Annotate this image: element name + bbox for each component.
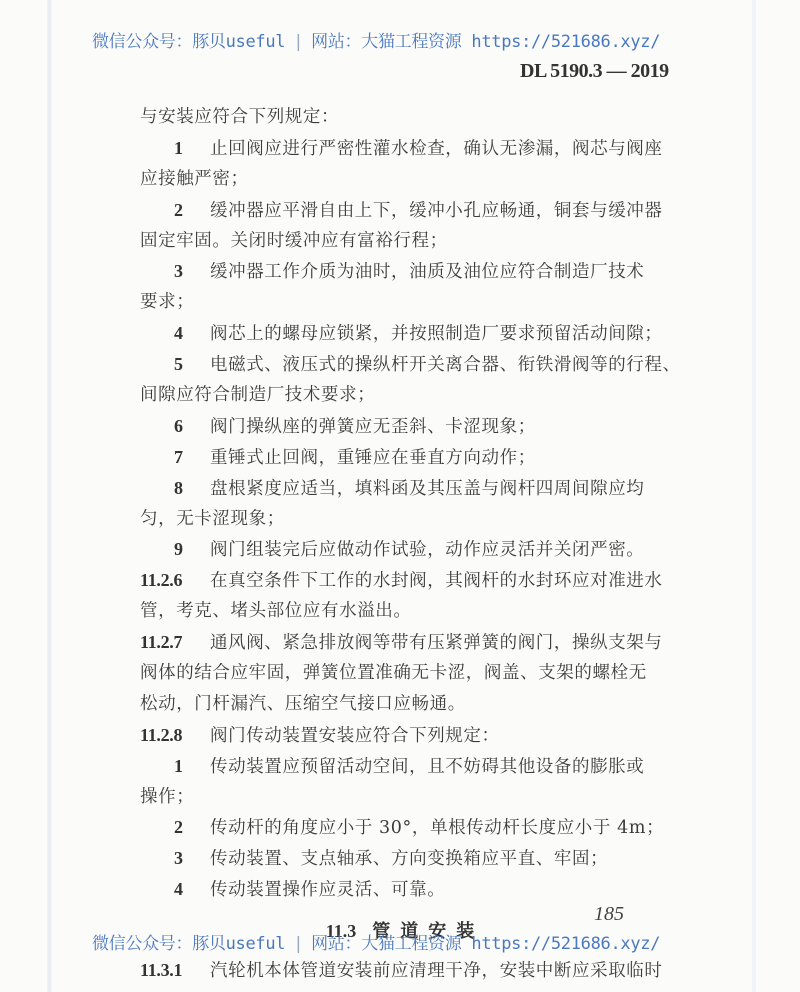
item-number: 6 [174, 411, 210, 442]
watermark-separator: | [293, 934, 303, 954]
item-text: 缓冲器工作介质为油时，油质及油位应符合制造厂技术 [210, 262, 644, 282]
item-number: 1 [174, 751, 210, 782]
item-number: 2 [174, 195, 210, 226]
item-continuation: 应接触严密； [140, 164, 670, 195]
list-item: 9阀门组装完后应做动作试验，动作应灵活并关闭严密。 [140, 534, 670, 565]
clause-text: 在真空条件下工作的水封阀，其阀杆的水封环应对准进水 [210, 571, 663, 591]
watermark-site: 网站：大猫工程资源 https://521686.xyz/ [311, 32, 660, 52]
item-number: 7 [174, 442, 210, 473]
list-item: 2传动杆的角度应小于 30°，单根传动杆长度应小于 4m； [140, 812, 670, 843]
list-item: 4阀芯上的螺母应锁紧，并按照制造厂要求预留活动间隙； [140, 318, 670, 349]
clause-continuation: 阀体的结合应牢固，弹簧位置准确无卡涩，阀盖、支架的螺栓无 [140, 658, 670, 689]
item-number: 9 [174, 534, 210, 565]
item-text: 重锤式止回阀，重锤应在垂直方向动作； [210, 448, 536, 468]
clause-number: 11.2.6 [140, 565, 210, 596]
page-number: 185 [594, 903, 624, 926]
item-number: 2 [174, 812, 210, 843]
watermark-wechat: 微信公众号：豚贝useful [92, 934, 285, 954]
item-text: 传动装置、支点轴承、方向变换箱应平直、牢固； [210, 849, 608, 869]
item-text: 阀门操纵座的弹簧应无歪斜、卡涩现象； [210, 417, 536, 437]
item-text: 止回阀应进行严密性灌水检查，确认无渗漏，阀芯与阀座 [210, 139, 663, 159]
clause-11-2-7: 11.2.7通风阀、紧急排放阀等带有压紧弹簧的阀门，操纵支架与 [140, 627, 670, 658]
item-continuation: 要求； [140, 287, 670, 318]
clause-number: 11.2.7 [140, 627, 210, 658]
page-edge-shadow [47, 0, 52, 992]
list-item: 1止回阀应进行严密性灌水检查，确认无渗漏，阀芯与阀座 [140, 133, 670, 164]
item-text: 传动杆的角度应小于 30°，单根传动杆长度应小于 4m； [210, 818, 664, 838]
list-item: 1传动装置应预留活动空间，且不妨碍其他设备的膨胀或 [140, 751, 670, 782]
clause-text: 通风阀、紧急排放阀等带有压紧弹簧的阀门，操纵支架与 [210, 633, 663, 653]
item-number: 1 [174, 133, 210, 164]
watermark-site: 网站：大猫工程资源 https://521686.xyz/ [311, 934, 660, 954]
item-continuation: 间隙应符合制造厂技术要求； [140, 380, 670, 411]
item-continuation: 操作； [140, 782, 670, 813]
document-body: 与安装应符合下列规定： 1止回阀应进行严密性灌水检查，确认无渗漏，阀芯与阀座 应… [140, 102, 670, 986]
watermark-bottom: 微信公众号：豚贝useful|网站：大猫工程资源 https://521686.… [92, 929, 732, 954]
item-number: 4 [174, 874, 210, 905]
item-text: 传动装置应预留活动空间，且不妨碍其他设备的膨胀或 [210, 757, 644, 777]
list-item: 4传动装置操作应灵活、可靠。 [140, 874, 670, 905]
list-item: 5电磁式、液压式的操纵杆开关离合器、衔铁滑阀等的行程、 [140, 349, 670, 380]
list-item: 6阀门操纵座的弹簧应无歪斜、卡涩现象； [140, 411, 670, 442]
clause-11-2-6: 11.2.6在真空条件下工作的水封阀，其阀杆的水封环应对准进水 [140, 565, 670, 596]
clause-11-3-1: 11.3.1汽轮机本体管道安装前应清理干净，安装中断应采取临时 [140, 955, 670, 986]
item-text: 传动装置操作应灵活、可靠。 [210, 880, 445, 900]
standard-code-header: DL 5190.3 — 2019 [520, 60, 669, 83]
item-text: 电磁式、液压式的操纵杆开关离合器、衔铁滑阀等的行程、 [210, 355, 681, 375]
item-continuation: 固定牢固。关闭时缓冲应有富裕行程； [140, 226, 670, 257]
page-edge-shadow [752, 0, 756, 992]
item-number: 3 [174, 256, 210, 287]
list-item: 3缓冲器工作介质为油时，油质及油位应符合制造厂技术 [140, 256, 670, 287]
item-text: 阀门组装完后应做动作试验，动作应灵活并关闭严密。 [210, 540, 644, 560]
watermark-separator: | [293, 32, 303, 52]
watermark-wechat: 微信公众号：豚贝useful [92, 32, 285, 52]
item-number: 4 [174, 318, 210, 349]
list-item: 7重锤式止回阀，重锤应在垂直方向动作； [140, 442, 670, 473]
list-item: 2缓冲器应平滑自由上下，缓冲小孔应畅通，铜套与缓冲器 [140, 195, 670, 226]
item-number: 5 [174, 349, 210, 380]
item-text: 阀芯上的螺母应锁紧，并按照制造厂要求预留活动间隙； [210, 324, 663, 344]
list-item: 8盘根紧度应适当，填料函及其压盖与阀杆四周间隙应均 [140, 473, 670, 504]
item-text: 盘根紧度应适当，填料函及其压盖与阀杆四周间隙应均 [210, 479, 644, 499]
list-item: 3传动装置、支点轴承、方向变换箱应平直、牢固； [140, 843, 670, 874]
clause-text: 阀门传动装置安装应符合下列规定： [210, 726, 500, 746]
clause-number: 11.3.1 [140, 955, 210, 986]
item-text: 缓冲器应平滑自由上下，缓冲小孔应畅通，铜套与缓冲器 [210, 201, 663, 221]
item-continuation: 匀，无卡涩现象； [140, 504, 670, 535]
item-number: 8 [174, 473, 210, 504]
clause-text: 汽轮机本体管道安装前应清理干净，安装中断应采取临时 [210, 961, 663, 981]
clause-11-2-8: 11.2.8阀门传动装置安装应符合下列规定： [140, 720, 670, 751]
clause-number: 11.2.8 [140, 720, 210, 751]
intro-line: 与安装应符合下列规定： [140, 102, 670, 133]
clause-continuation: 松动，门杆漏汽、压缩空气接口应畅通。 [140, 689, 670, 720]
item-number: 3 [174, 843, 210, 874]
clause-continuation: 管，考克、堵头部位应有水溢出。 [140, 596, 670, 627]
watermark-top: 微信公众号：豚贝useful|网站：大猫工程资源 https://521686.… [92, 27, 732, 52]
